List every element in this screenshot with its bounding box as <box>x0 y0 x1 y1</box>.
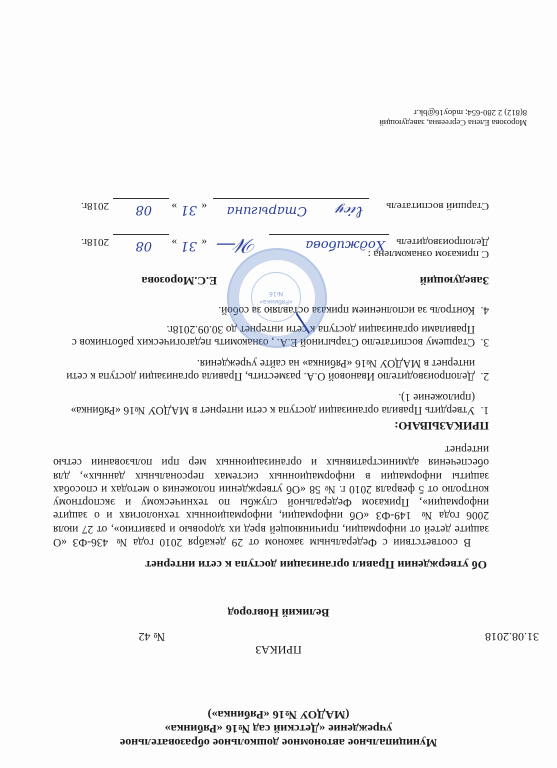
contact-name: Морозова Елена Сергеевна, заведующий <box>379 118 527 128</box>
date-close-quote-2: » <box>172 199 178 212</box>
month-line-1 <box>113 234 169 235</box>
signature-2: ℓ𝒾𝒸𝓎 <box>335 202 363 222</box>
date-close-quote-1: » <box>172 235 178 248</box>
order-date: 31.08.2018 <box>485 630 539 644</box>
handwritten-name-1: Ходжибова <box>305 237 385 252</box>
order-title: Об утверждении Правил организации доступ… <box>145 558 487 572</box>
org-name-line1: Муниципальное автономное дошкольное обра… <box>0 736 557 750</box>
head-name: Е.С.Морозова <box>142 274 217 288</box>
order-item-2: 2. Делопроизводителю Ивановой О.А. разме… <box>53 355 489 382</box>
city: Великий Новгород <box>0 606 557 620</box>
acquainted-label: С приказом ознакомлена : <box>368 247 489 260</box>
signer-position-1: Делопроизводитель <box>396 235 489 248</box>
signer-position-2: Старший воспитатель <box>386 199 489 212</box>
order-word: ПРИКАЗЫВАЮ: <box>394 419 489 433</box>
signature-line-1 <box>269 234 389 235</box>
org-name-line2: учреждение «Детский сад №16 «Рябинка» <box>0 722 557 736</box>
date-open-quote-2: « <box>202 199 208 212</box>
signature-year-1: 2018г. <box>81 235 109 248</box>
preamble-paragraph: В соответствии с Федеральным законом от … <box>53 442 489 548</box>
signature-line-2 <box>213 198 369 199</box>
item-text: Делопроизводителю Ивановой О.А. размести… <box>53 355 475 382</box>
item-number: 1. <box>481 403 489 416</box>
signature-1: 𝒲— <box>216 234 257 258</box>
signature-day-2: 31 <box>180 202 197 217</box>
handwritten-name-2: Старыгина <box>227 203 307 218</box>
item-number: 2. <box>481 369 489 382</box>
signature-year-2: 2018г. <box>81 199 109 212</box>
contact-phone-email: 8(812) 2 280-654; mdoy16@bk.r <box>414 108 527 118</box>
date-open-quote-1: « <box>202 235 208 248</box>
scanned-document-page: Муниципальное автономное дошкольное обра… <box>0 0 557 768</box>
signature-month-2: 08 <box>135 202 152 217</box>
org-name-short: (МАДОУ №16 «Рябинка») <box>0 708 557 722</box>
order-item-1: 1. Утвердить Правила организации доступа… <box>53 389 489 416</box>
item-number: 3. <box>481 335 489 348</box>
order-label: ПРИКАЗ <box>0 643 557 657</box>
item-text: Утвердить Правила организации доступа к … <box>53 389 475 416</box>
head-position: Заведующий <box>420 274 489 288</box>
month-line-2 <box>113 198 169 199</box>
signature-month-1: 08 <box>135 238 152 253</box>
item-number: 4. <box>481 303 489 316</box>
order-number: № 42 <box>139 630 165 644</box>
signature-day-1: 31 <box>180 238 197 253</box>
